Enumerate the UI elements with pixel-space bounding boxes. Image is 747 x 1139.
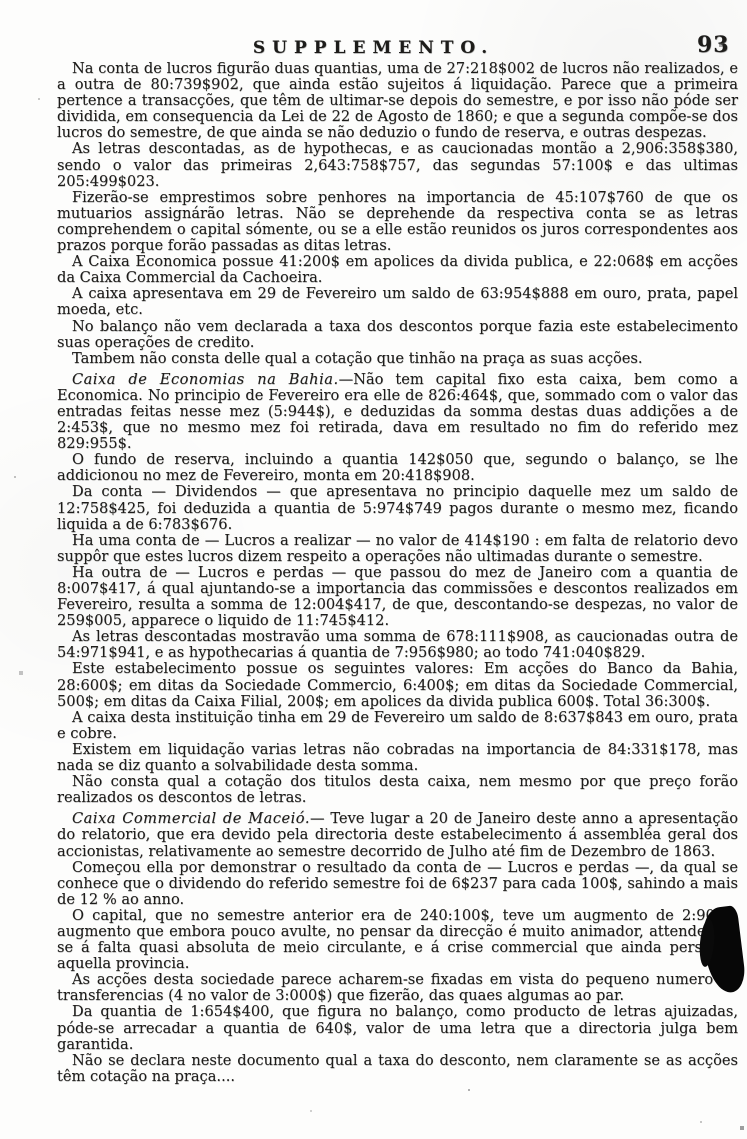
paragraph: O capital, que no semestre anterior era … [57, 908, 738, 972]
paragraph: Fizerão-se emprestimos sobre penhores na… [57, 190, 738, 254]
section-heading: Caixa Commercial de Maceió. [72, 810, 310, 827]
paragraph: Da quantia de 1:654$400, que figura no b… [57, 1004, 738, 1052]
paragraph: Começou ella por demonstrar o resultado … [57, 860, 738, 908]
paragraph: No balanço não vem declarada a taxa dos … [57, 319, 738, 351]
paragraph: A Caixa Economica possue 41:200$ em apol… [57, 254, 738, 286]
paragraph: Da conta — Dividendos — que apresentava … [57, 484, 738, 532]
paragraph: Não se declara neste documento qual a ta… [57, 1053, 738, 1085]
paragraph: Tambem não consta delle qual a cotação q… [57, 351, 738, 367]
paragraph: Ha uma conta de — Lucros a realizar — no… [57, 533, 738, 565]
section-paragraph: Caixa de Economias na Bahia.—Não tem cap… [57, 372, 738, 452]
section-heading: Caixa de Economias na Bahia. [72, 371, 339, 388]
paragraph: Na conta de lucros figurão duas quantias… [57, 61, 738, 141]
paragraph: A caixa desta instituição tinha em 29 de… [57, 710, 738, 742]
paragraph: Este estabelecimento possue os seguintes… [57, 661, 738, 709]
page-title: SUPPLEMENTO. [0, 38, 747, 58]
paragraph: Ha outra de — Lucros e perdas — que pass… [57, 565, 738, 629]
paragraph: As letras descontadas mostravão uma somm… [57, 629, 738, 661]
document-page: SUPPLEMENTO. 93 Na conta de lucros figur… [0, 0, 747, 1139]
paragraph: Existem em liquidação varias letras não … [57, 742, 738, 774]
paragraph: O fundo de reserva, incluindo a quantia … [57, 452, 738, 484]
section-paragraph: Caixa Commercial de Maceió.— Teve lugar … [57, 811, 738, 859]
paragraph: As acções desta sociedade parece acharem… [57, 972, 738, 1004]
scan-noise-specks [0, 0, 2, 2]
document-body: Na conta de lucros figurão duas quantias… [57, 61, 738, 1085]
paragraph: As letras descontadas, as de hypothecas,… [57, 141, 738, 189]
paragraph: Não consta qual a cotação dos titulos de… [57, 774, 738, 806]
paragraph: A caixa apresentava em 29 de Fevereiro u… [57, 286, 738, 318]
page-number: 93 [697, 32, 730, 58]
